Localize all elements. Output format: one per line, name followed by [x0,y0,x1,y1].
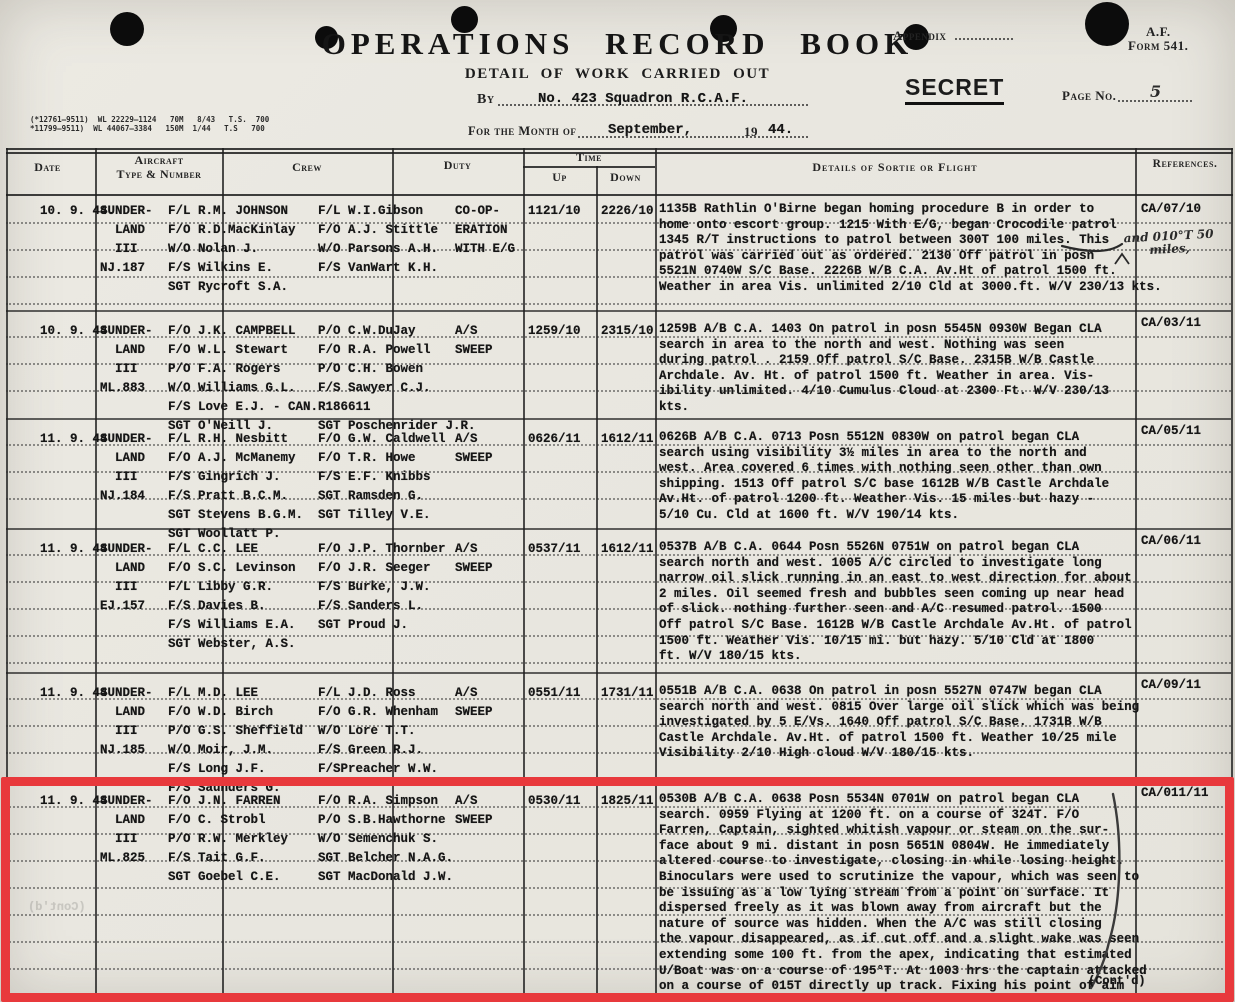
cell-crew-secondary: F/O G.W. Caldwell F/O T.R. Howe F/S E.F.… [318,430,446,525]
cell-time-up: 1259/10 [528,322,581,341]
col-header-details: Details of Sortie or Flight [655,160,1135,175]
cell-date: 11. 9. 44 [40,684,108,703]
cell-crew-primary: F/L R.H. Nesbitt F/O A.J. McManemy F/S G… [168,430,303,544]
col-header-crew: Crew [222,160,392,175]
cell-reference: CA/06/11 [1141,532,1201,551]
cell-duty: A/S SWEEP [455,540,493,578]
col-header-time-down: Down [596,170,655,185]
row-divider [6,418,1231,420]
col-header-duty: Duty [392,158,523,173]
cell-time-down: 2315/10 [601,322,654,341]
cell-time-down: 1612/11 [601,430,654,449]
table-hline [6,194,1233,196]
operations-record-book-page: (*12761—9511) WL 22229—1124 70M 8/43 T.S… [0,0,1235,1002]
cell-time-up: 1121/10 [528,202,581,221]
cell-date: 11. 9. 44 [40,430,108,449]
cell-time-down: 2226/10 [601,202,654,221]
cell-date: 10. 9. 44 [40,322,108,341]
col-header-time-up: Up [523,170,596,185]
highlight-box [1,777,1234,1002]
ruled-dotline [6,303,1231,305]
table-hline [523,166,655,168]
cell-crew-primary: F/L C.C. LEE F/O S.C. Levinson F/L Libby… [168,540,296,654]
cell-time-down: 1731/11 [601,684,654,703]
cell-time-down: 1612/11 [601,540,654,559]
cell-details: 0626B A/B C.A. 0713 Posn 5512N 0830W on … [659,430,1151,524]
col-header-time: Time [523,150,655,165]
cell-reference: CA/07/10 [1141,200,1201,219]
cell-aircraft: SUNDER- LAND III NJ.184 [100,430,153,506]
cell-time-up: 0537/11 [528,540,581,559]
cell-reference: CA/05/11 [1141,422,1201,441]
cell-duty: A/S SWEEP [455,322,493,360]
cell-crew-primary: F/L R.M. JOHNSON F/O R.D.MacKinlay W/O N… [168,202,296,297]
row-divider [6,672,1231,674]
cell-aircraft: SUNDER- LAND III EJ.157 [100,540,153,616]
cell-duty: CO-OP- ERATION WITH E/G [455,202,515,259]
row-divider [6,310,1231,312]
col-header-date: Date [0,160,95,175]
cell-crew-secondary: F/L J.D. Ross F/O G.R. Whenham W/O Lore … [318,684,438,779]
cell-time-up: 0626/11 [528,430,581,449]
cell-crew-secondary: F/L W.I.Gibson F/O A.J. Stittle W/O Pars… [318,202,438,278]
cell-reference: CA/03/11 [1141,314,1201,333]
cell-date: 11. 9. 44 [40,540,108,559]
pen-mark-row1 [1060,228,1140,268]
cell-reference: CA/09/11 [1141,676,1201,695]
cell-aircraft: SUNDER- LAND III ML.883 [100,322,153,398]
col-header-references: References. [1135,158,1235,170]
col-header-aircraft: Aircraft Type & Number [97,153,221,181]
cell-duty: A/S SWEEP [455,684,493,722]
cell-aircraft: SUNDER- LAND III NJ.185 [100,684,153,760]
cell-aircraft: SUNDER- LAND III NJ.187 [100,202,153,278]
cell-details: 0551B A/B C.A. 0638 On patrol in posn 55… [659,684,1151,762]
cell-crew-secondary: F/O J.P. Thornber F/O J.R. Seeger F/S Bu… [318,540,446,635]
row-divider [6,528,1231,530]
cell-details: 0537B A/B C.A. 0644 Posn 5526N 0751W on … [659,540,1151,665]
cell-details: 1259B A/B C.A. 1403 On patrol in posn 55… [659,322,1151,416]
cell-time-up: 0551/11 [528,684,581,703]
cell-duty: A/S SWEEP [455,430,493,468]
